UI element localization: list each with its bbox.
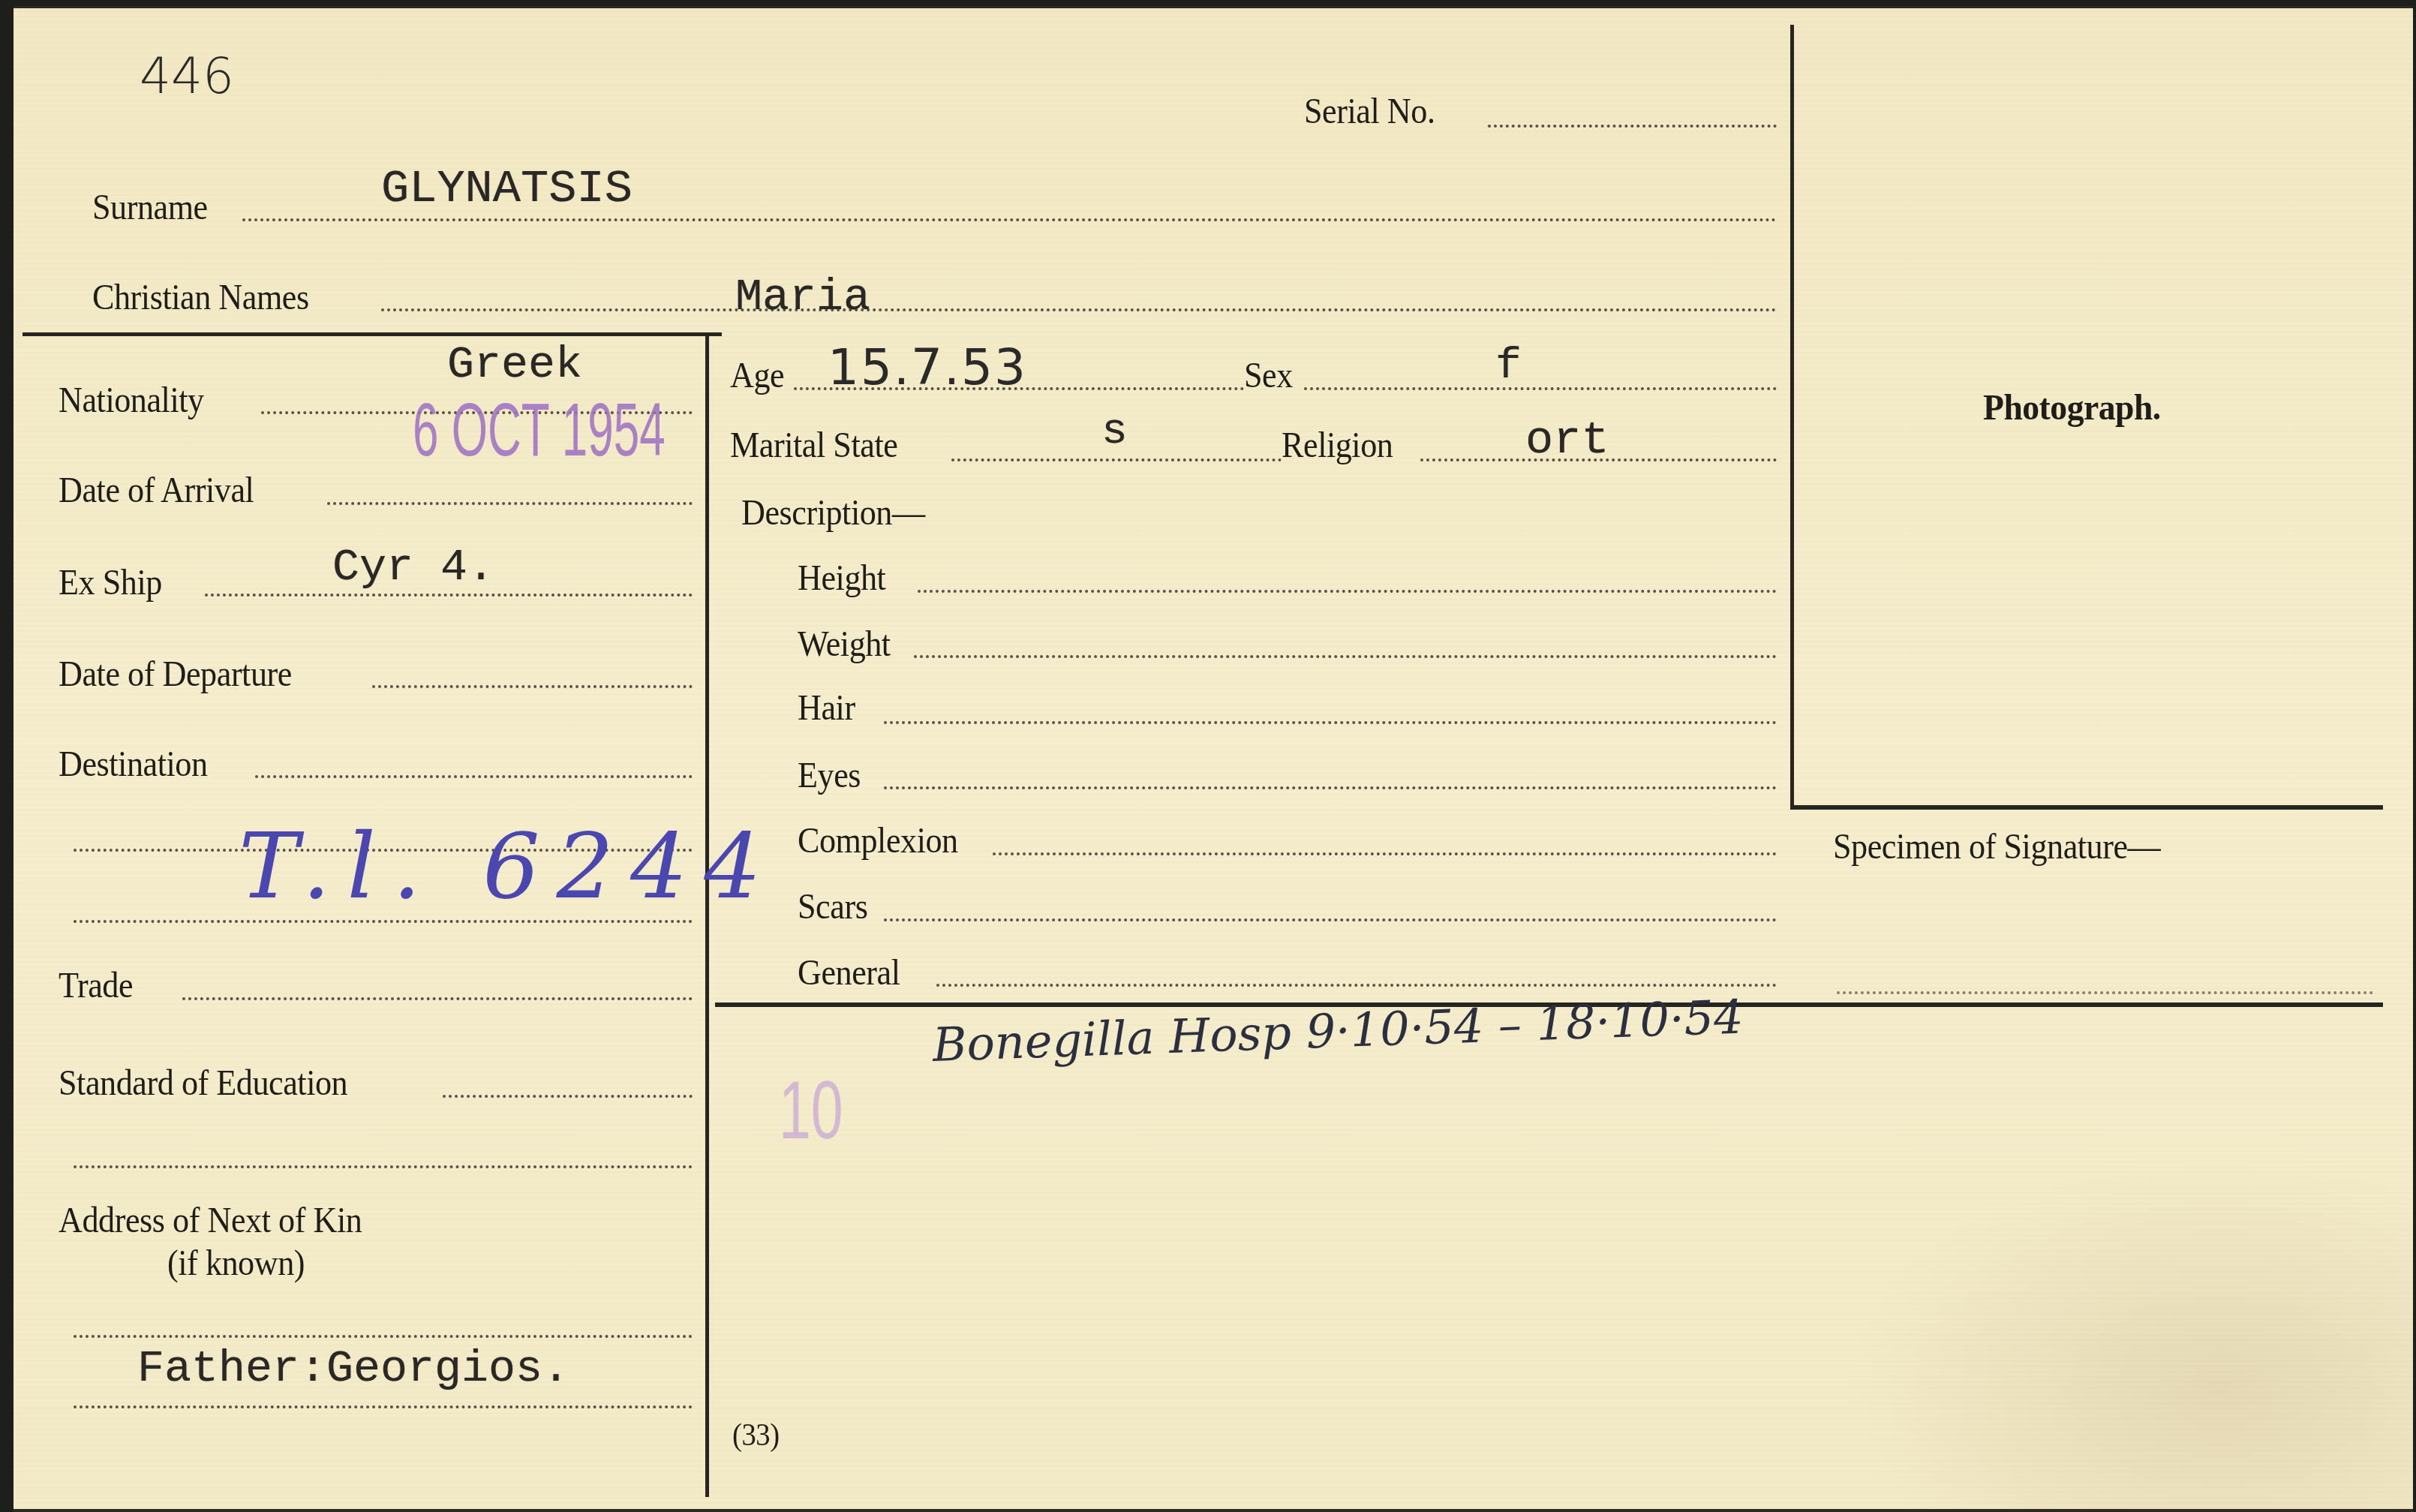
trade-label: Trade: [59, 965, 133, 1006]
eyes-field[interactable]: [884, 786, 1777, 789]
age-label: Age: [730, 355, 784, 396]
next-of-kin-label: Address of Next of Kin: [59, 1200, 362, 1241]
photograph-label: Photograph.: [1983, 387, 2161, 428]
ex-ship-label: Ex Ship: [59, 562, 162, 603]
description-label: Description—: [741, 492, 925, 534]
date-of-arrival-field[interactable]: [327, 502, 693, 505]
education-field[interactable]: [443, 1095, 693, 1098]
destination-field-3[interactable]: [74, 920, 693, 923]
christian-names-field[interactable]: [381, 308, 1777, 311]
left-top-rule: [23, 332, 722, 336]
surname-value: GLYNATSIS: [381, 162, 633, 215]
date-of-departure-field[interactable]: [372, 685, 693, 688]
date-of-arrival-label: Date of Arrival: [59, 470, 254, 511]
hair-field[interactable]: [884, 721, 1777, 724]
height-field[interactable]: [918, 590, 1777, 593]
eyes-label: Eyes: [798, 755, 861, 796]
form-number: (33): [732, 1417, 780, 1453]
destination-label: Destination: [59, 744, 208, 785]
destination-note: T.l. 6244: [239, 815, 778, 919]
signature-label: Specimen of Signature—: [1833, 826, 2160, 867]
next-of-kin-value: Father:Georgios.: [137, 1344, 569, 1395]
complexion-label: Complexion: [798, 820, 958, 861]
ex-ship-field[interactable]: [205, 594, 693, 597]
ex-ship-value: Cyr 4.: [332, 543, 494, 594]
scars-field[interactable]: [884, 918, 1777, 921]
religion-label: Religion: [1282, 425, 1393, 466]
religion-value: ort: [1525, 413, 1609, 467]
destination-field[interactable]: [255, 775, 693, 778]
nationality-label: Nationality: [59, 380, 204, 421]
trade-field[interactable]: [182, 997, 693, 1000]
date-of-departure-label: Date of Departure: [59, 654, 292, 695]
age-value: 15.7.53: [828, 338, 1027, 396]
registration-card: 446 Serial No. Surname GLYNATSIS Christi…: [14, 6, 2413, 1512]
photo-bottom-rule: [1790, 805, 2383, 810]
next-of-kin-field[interactable]: [74, 1335, 693, 1338]
surname-field[interactable]: [242, 218, 1777, 221]
stamp-number: 10: [779, 1063, 843, 1158]
next-of-kin-field-2[interactable]: [74, 1405, 693, 1408]
sex-value: f: [1495, 342, 1522, 391]
education-field-2[interactable]: [74, 1165, 693, 1168]
sex-field[interactable]: [1304, 387, 1777, 390]
serial-field[interactable]: [1488, 125, 1777, 128]
complexion-field[interactable]: [993, 852, 1777, 855]
marital-state-field[interactable]: [951, 458, 1282, 461]
serial-label: Serial No.: [1304, 91, 1435, 132]
sex-label: Sex: [1244, 355, 1293, 396]
file-number: 446: [140, 47, 234, 105]
marital-state-label: Marital State: [730, 425, 897, 466]
marital-state-value: s: [1101, 407, 1128, 456]
height-label: Height: [798, 558, 885, 599]
nationality-value: Greek: [447, 340, 582, 391]
next-of-kin-sublabel: (if known): [167, 1243, 305, 1284]
christian-names-value: Maria: [735, 272, 870, 323]
signature-field[interactable]: [1837, 991, 2373, 994]
weight-field[interactable]: [914, 655, 1777, 658]
scars-label: Scars: [798, 886, 867, 927]
general-field[interactable]: [936, 984, 1777, 987]
weight-label: Weight: [798, 624, 891, 665]
general-label: General: [798, 952, 900, 993]
education-label: Standard of Education: [59, 1063, 347, 1104]
hospital-note: Bonegilla Hosp 9·10·54 – 18·10·54: [932, 989, 1744, 1072]
arrival-date-stamp: 6 OCT 1954: [413, 387, 666, 473]
christian-names-label: Christian Names: [92, 277, 309, 318]
hair-label: Hair: [798, 687, 855, 729]
surname-label: Surname: [92, 187, 208, 228]
